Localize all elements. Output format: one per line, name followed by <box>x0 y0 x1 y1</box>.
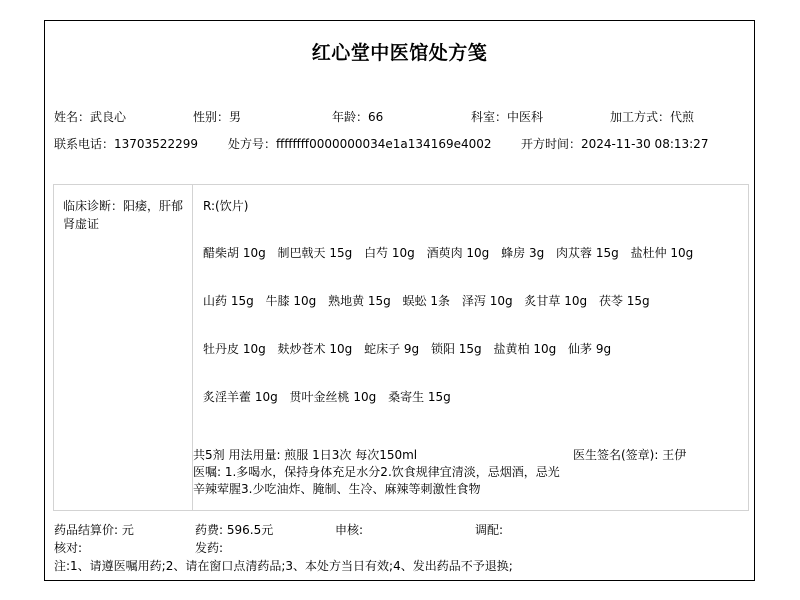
herb-item: 熟地黄 15g <box>328 294 391 308</box>
drug-fee: 药费: 596.5元 <box>195 523 273 537</box>
department: 科室：中医科 <box>471 110 543 124</box>
herb-item: 制巴戟天 15g <box>278 246 353 260</box>
herb-item: 泽泻 10g <box>462 294 513 308</box>
herb-item: 牛膝 10g <box>266 294 317 308</box>
page-title: 红心堂中医馆处方笺 <box>45 38 754 65</box>
doctor-signature: 医生签名(签章): 王伊 <box>573 447 686 464</box>
herb-item: 山药 15g <box>203 294 254 308</box>
herb-item: 蜈蚣 1条 <box>403 294 450 308</box>
issue-field: 发药: <box>195 541 223 555</box>
check-field: 核对: <box>54 541 82 555</box>
rx-header: R:(饮片) <box>203 199 248 213</box>
prescription-number: 处方号：ffffffff0000000034e1a134169e4002 <box>228 137 492 151</box>
patient-gender: 性别：男 <box>193 110 241 124</box>
herb-item: 麸炒苍术 10g <box>278 342 353 356</box>
prescription-time: 开方时间：2024-11-30 08:13:27 <box>521 137 708 151</box>
herb-item: 牡丹皮 10g <box>203 342 266 356</box>
herb-item: 仙茅 9g <box>568 342 611 356</box>
herb-item: 茯苓 15g <box>599 294 650 308</box>
medical-advice-line-1: 医嘱: 1.多喝水，保持身体充足水分2.饮食规律宜清淡，忌烟酒，忌光 <box>193 464 560 481</box>
review-field: 申核: <box>335 523 363 537</box>
herb-item: 桑寄生 15g <box>388 390 451 404</box>
usage-dosage: 共5剂 用法用量: 煎服 1日3次 每次150ml <box>193 447 417 464</box>
medical-advice-line-2: 辛辣荤腥3.少吃油炸、腌制、生冷、麻辣等刺激性食物 <box>193 481 480 498</box>
footer-note: 注:1、请遵医嘱用药;2、请在窗口点清药品;3、本处方当日有效;4、发出药品不予… <box>54 559 513 573</box>
herb-item: 贯叶金丝桃 10g <box>290 390 377 404</box>
herb-item: 炙甘草 10g <box>524 294 587 308</box>
patient-age: 年龄：66 <box>332 110 383 124</box>
herb-row: 醋柴胡 10g 制巴戟天 15g 白芍 10g 酒萸肉 10g 蜂房 3g 肉苁… <box>203 246 701 260</box>
herb-item: 蛇床子 9g <box>364 342 419 356</box>
herb-row: 山药 15g 牛膝 10g 熟地黄 15g 蜈蚣 1条 泽泻 10g 炙甘草 1… <box>203 294 658 308</box>
contact-phone: 联系电话：13703522299 <box>54 137 198 151</box>
patient-name: 姓名：武良心 <box>54 110 126 124</box>
herb-row: 牡丹皮 10g 麸炒苍术 10g 蛇床子 9g 锁阳 15g 盐黄柏 10g 仙… <box>203 342 619 356</box>
prescription-table: 临床诊断：阳痿，肝郁肾虚证 R:(饮片) 醋柴胡 10g 制巴戟天 15g 白芍… <box>53 184 749 511</box>
herb-row: 炙淫羊藿 10g 贯叶金丝桃 10g 桑寄生 15g <box>203 390 459 404</box>
herb-item: 白芍 10g <box>364 246 415 260</box>
herb-item: 盐黄柏 10g <box>494 342 557 356</box>
herb-item: 酒萸肉 10g <box>427 246 490 260</box>
herb-item: 蜂房 3g <box>501 246 544 260</box>
dispense-prep-field: 调配: <box>475 523 503 537</box>
drug-settlement-price: 药品结算价: 元 <box>54 523 134 537</box>
herb-item: 醋柴胡 10g <box>203 246 266 260</box>
herb-item: 肉苁蓉 15g <box>556 246 619 260</box>
prescription-sheet: 红心堂中医馆处方笺 姓名：武良心 性别：男 年龄：66 科室：中医科 加工方式：… <box>44 20 755 581</box>
herb-item: 盐杜仲 10g <box>631 246 694 260</box>
herb-item: 炙淫羊藿 10g <box>203 390 278 404</box>
clinical-diagnosis: 临床诊断：阳痿，肝郁肾虚证 <box>54 185 193 510</box>
herb-item: 锁阳 15g <box>431 342 482 356</box>
processing-method: 加工方式：代煎 <box>610 110 694 124</box>
